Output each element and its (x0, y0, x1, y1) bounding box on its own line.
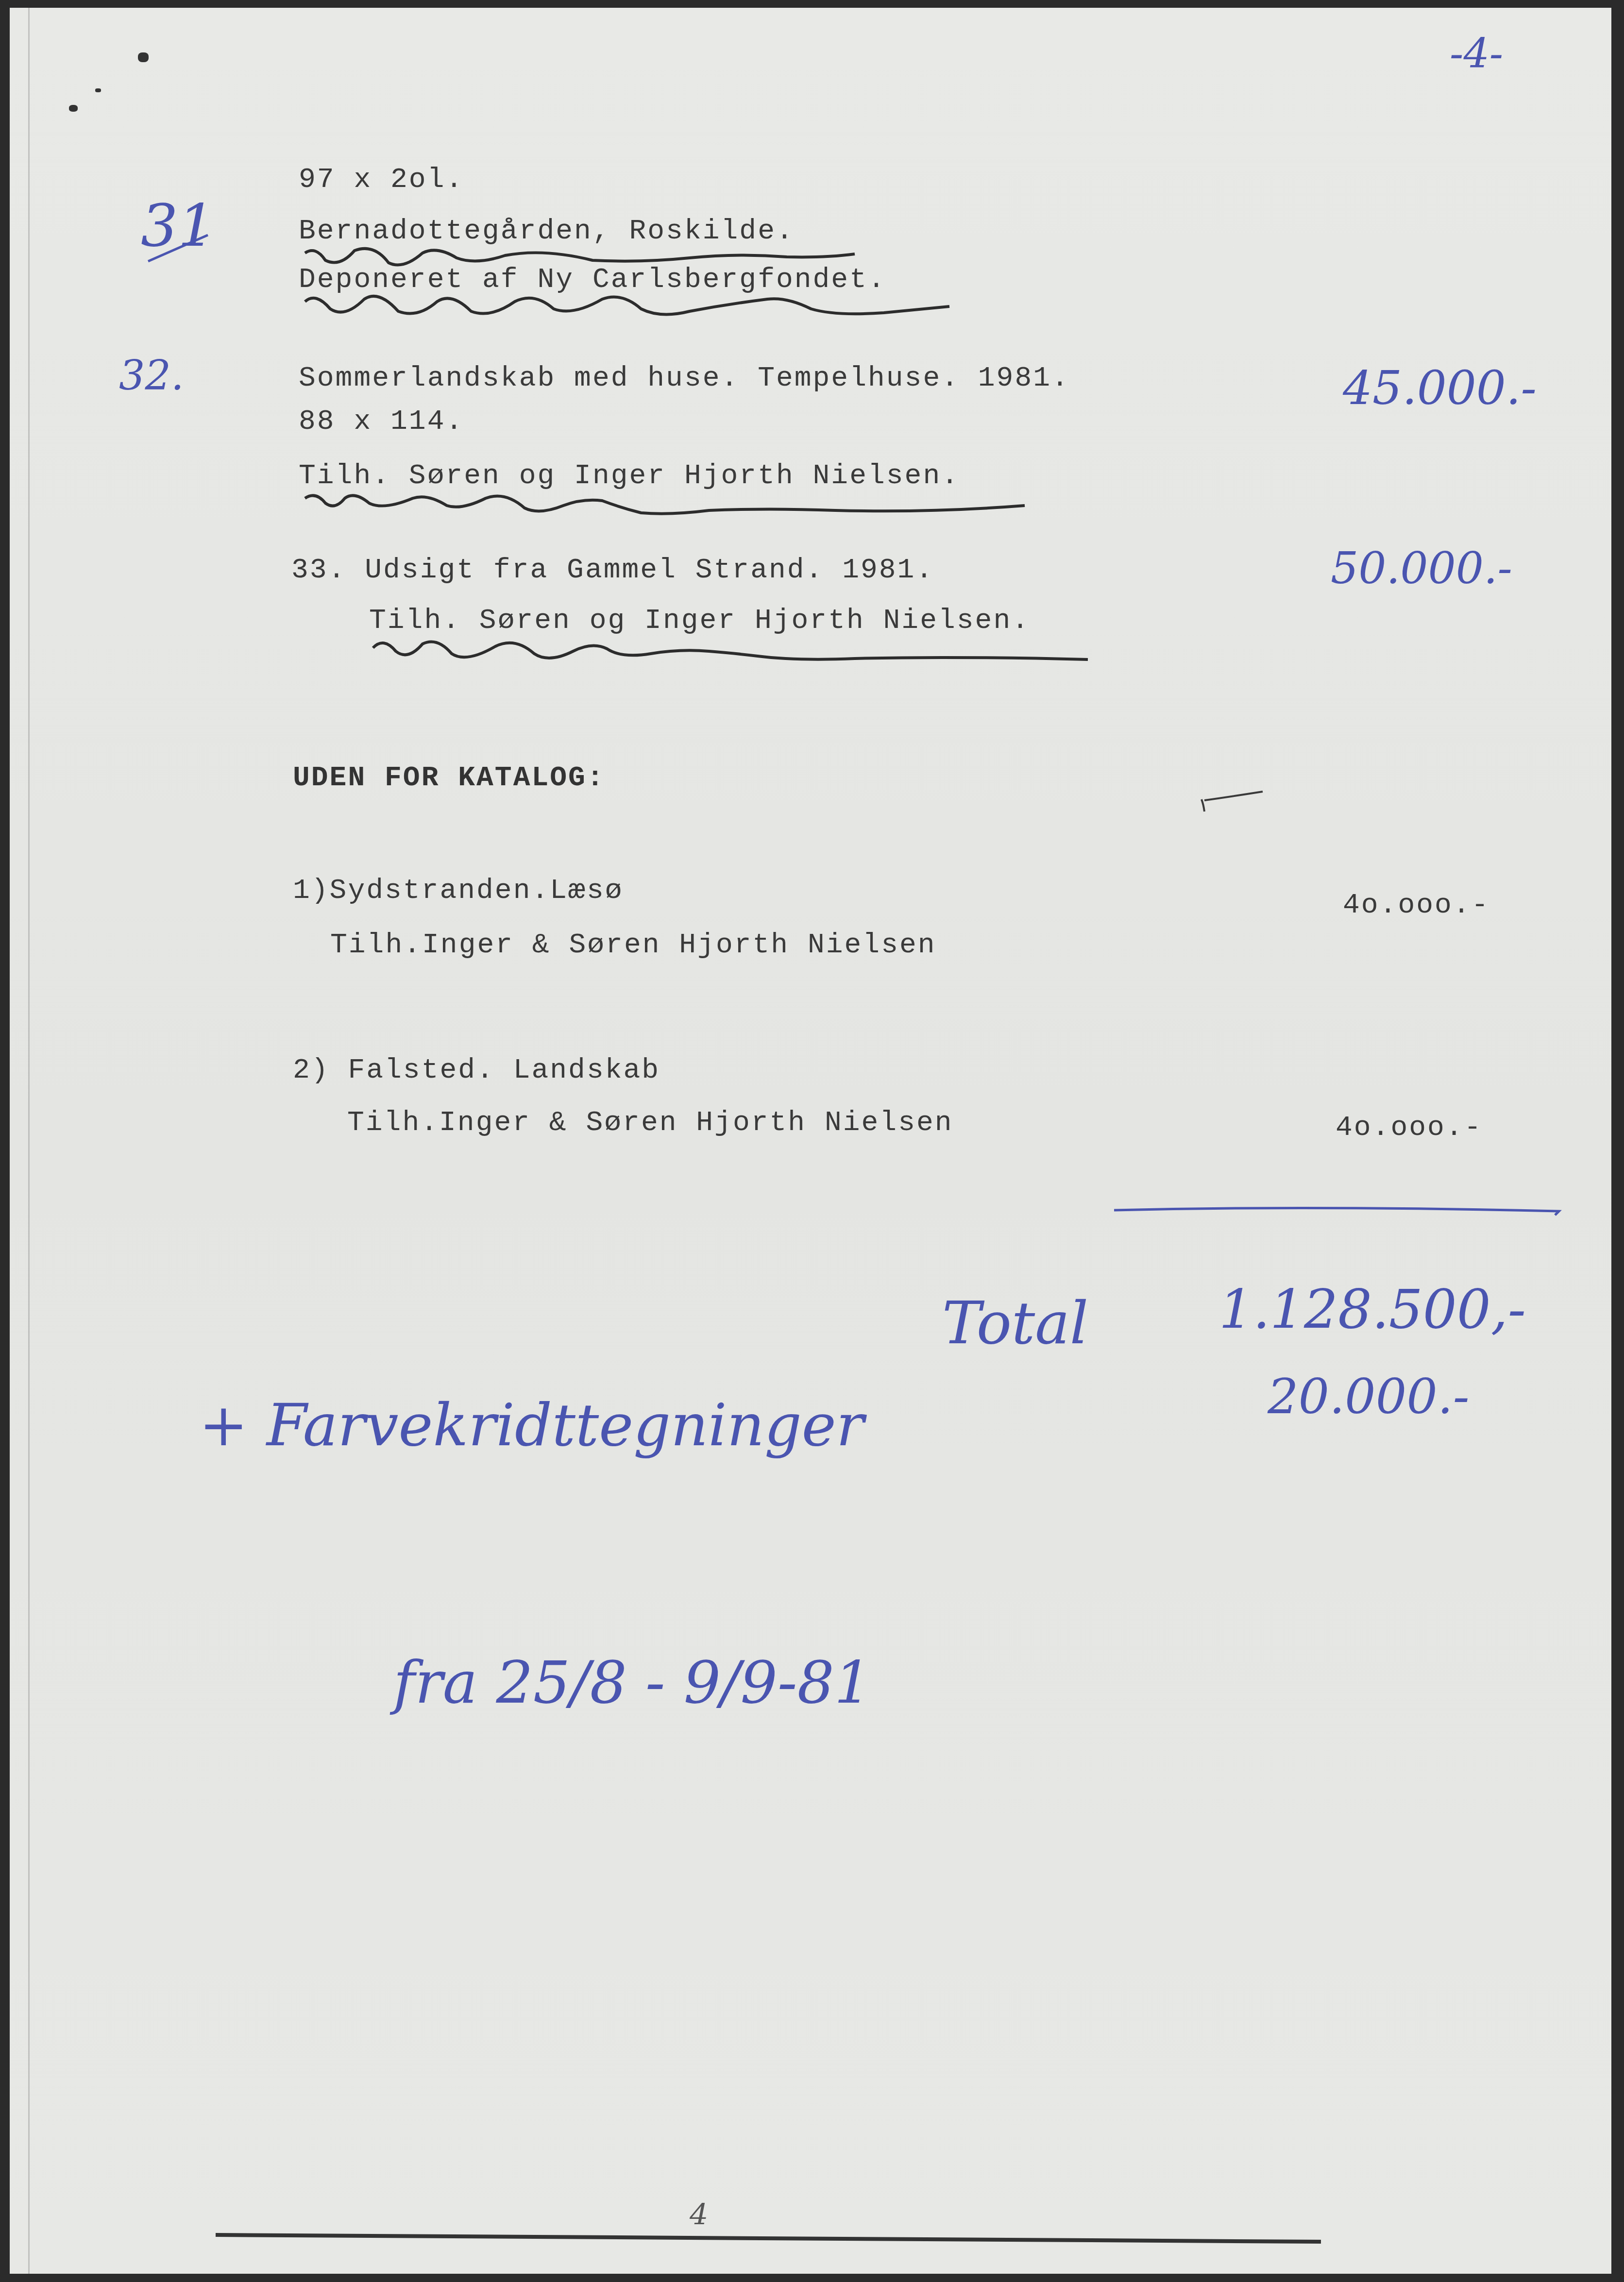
footer-mark: 4 (690, 2200, 708, 2230)
margin-line (28, 8, 30, 2274)
footer-rule (214, 2232, 1331, 2247)
entry-32-title: Sommerlandskab med huse. Tempelhuse. 198… (299, 365, 1070, 393)
outside-item-1-title: 1)Sydstranden.Læsø (293, 877, 624, 905)
entry-32-owner: Tilh. Søren og Inger Hjorth Nielsen. (299, 462, 960, 490)
entry-32-price: 45.000.- (1343, 365, 1537, 411)
entry-33-price: 50.000.- (1331, 547, 1512, 591)
total-value: 1.128.500,- (1219, 1283, 1526, 1336)
entry-32-dimensions: 88 x 114. (299, 408, 464, 436)
page-number: -4- (1450, 33, 1503, 74)
sum-rule (1112, 1202, 1569, 1222)
punch-speck (95, 88, 101, 92)
outside-item-2-price: 4o.ooo.- (1336, 1114, 1482, 1142)
plus-note: + Farvekridttegninger (199, 1397, 864, 1455)
entry-33-title: 33. Udsigt fra Gammel Strand. 1981. (291, 557, 934, 585)
outside-catalog-heading: UDEN FOR KATALOG: (293, 764, 605, 793)
document-page: -4- 31 97 x 2ol. Bernadottegården, Roski… (10, 8, 1611, 2274)
check-mark-icon (1200, 790, 1268, 819)
outside-item-1-price: 4o.ooo.- (1343, 892, 1489, 920)
entry-31-dimensions: 97 x 2ol. (299, 166, 464, 194)
entry-31-title: Bernadottegården, Roskilde. (299, 218, 795, 246)
punch-speck (138, 52, 149, 62)
outside-item-2-owner: Tilh.Inger & Søren Hjorth Nielsen (347, 1109, 953, 1137)
wavy-underline (301, 289, 952, 323)
punch-speck (69, 105, 78, 112)
margin-number-32: 32. (119, 355, 184, 396)
additional-value: 20.000.- (1268, 1372, 1469, 1421)
wavy-underline (369, 634, 1107, 668)
outside-item-2-title: 2) Falsted. Landskab (293, 1057, 660, 1085)
margin-underline-31 (146, 231, 214, 265)
outside-item-1-owner: Tilh.Inger & Søren Hjorth Nielsen (330, 931, 936, 960)
entry-33-owner: Tilh. Søren og Inger Hjorth Nielsen. (369, 607, 1030, 635)
wavy-underline (301, 489, 1030, 518)
total-label: Total (942, 1295, 1088, 1353)
date-note: fra 25/8 - 9/9-81 (393, 1654, 871, 1712)
